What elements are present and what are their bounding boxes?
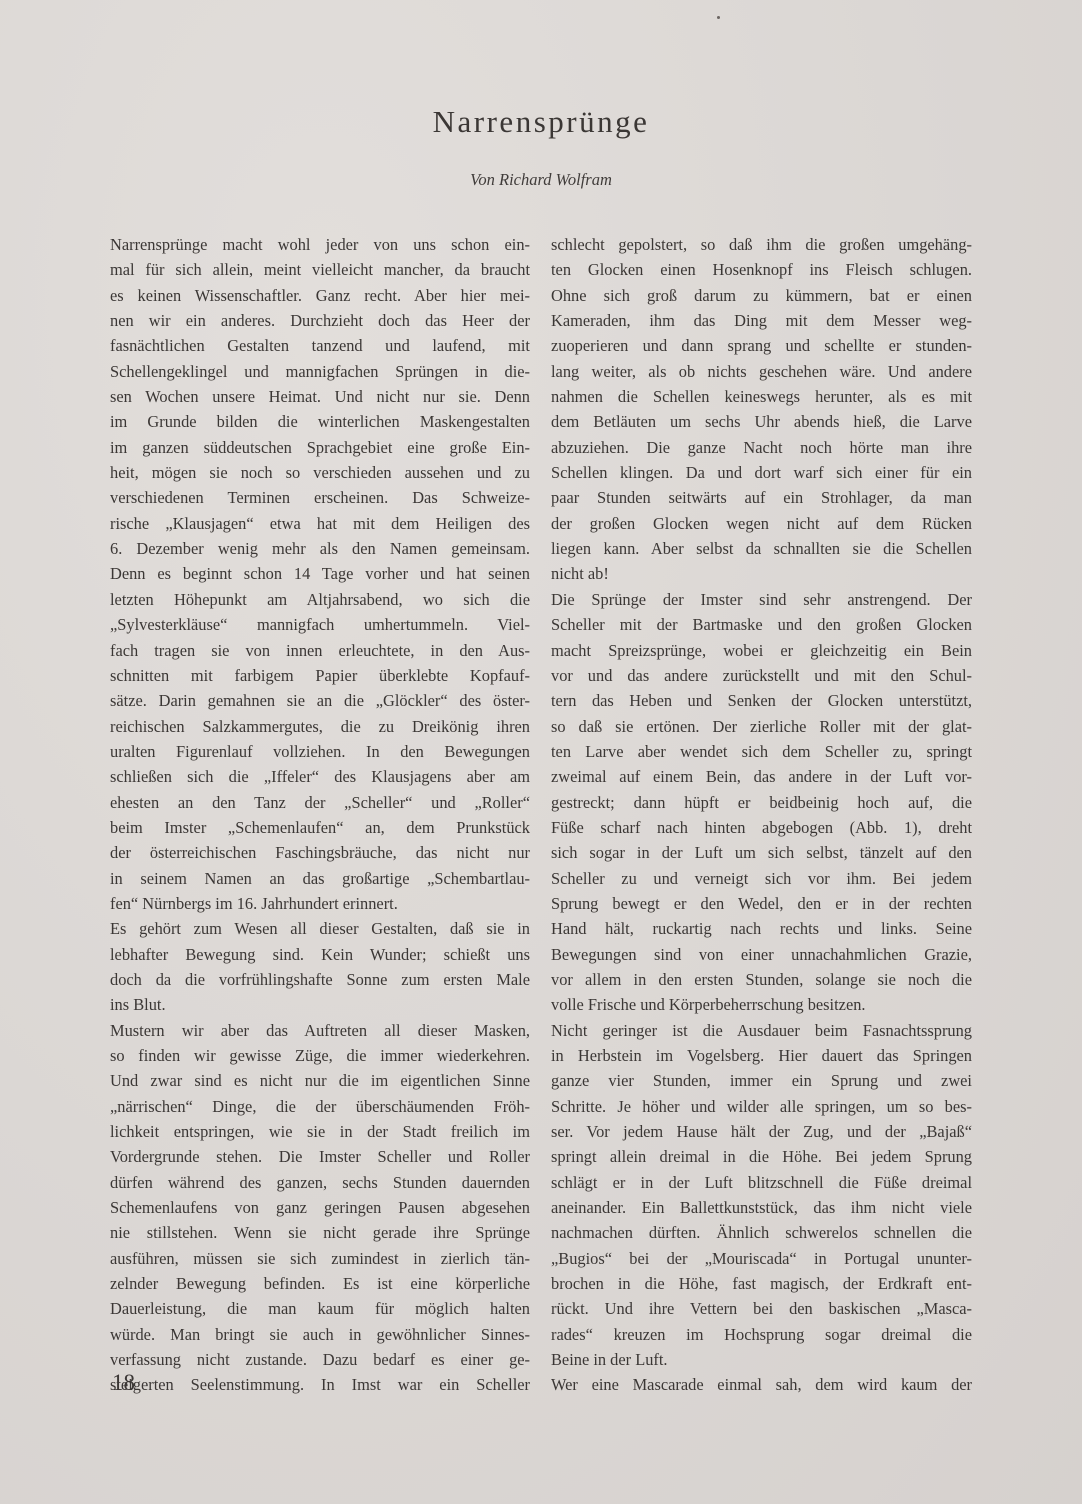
text-line: aneinander. Ein Ballettkunststück, das i… xyxy=(551,1195,972,1220)
article-title: Narrensprünge xyxy=(0,104,1082,140)
text-line: ganze vier Stunden, immer ein Sprung und… xyxy=(551,1068,972,1093)
text-line: Mustern wir aber das Auftreten all diese… xyxy=(110,1018,530,1043)
page-number: 18 xyxy=(112,1370,135,1396)
text-column-right: schlecht gepolstert, so daß ihm die groß… xyxy=(551,232,972,1398)
text-line: Denn es beginnt schon 14 Tage vorher und… xyxy=(110,561,530,586)
text-line: Ohne sich groß darum zu kümmern, bat er … xyxy=(551,283,972,308)
text-line: Dauerleistung, die man kaum für möglich … xyxy=(110,1296,530,1321)
text-line: Beine in der Luft. xyxy=(551,1347,972,1372)
text-line: vor allem in den ersten Stunden, solange… xyxy=(551,967,972,992)
text-line: letzten Höhepunkt am Altjahrsabend, wo s… xyxy=(110,587,530,612)
text-line: lang weiter, als ob nichts geschehen wär… xyxy=(551,359,972,384)
text-line: nicht ab! xyxy=(551,561,972,586)
text-line: vor und das andere zurückstellt und mit … xyxy=(551,663,972,688)
text-line: rische „Klausjagen“ etwa hat mit dem Hei… xyxy=(110,511,530,536)
text-line: würde. Man bringt sie auch in gewöhnlich… xyxy=(110,1322,530,1347)
text-line: doch da die vorfrühlingshafte Sonne zum … xyxy=(110,967,530,992)
text-line: schnitten mit farbigem Papier überklebte… xyxy=(110,663,530,688)
text-line: im ganzen süddeutschen Sprachgebiet eine… xyxy=(110,435,530,460)
text-line: paar Stunden seitwärts auf ein Strohlage… xyxy=(551,485,972,510)
text-line: in Herbstein im Vogelsberg. Hier dauert … xyxy=(551,1043,972,1068)
text-line: ten Larve aber wendet sich dem Scheller … xyxy=(551,739,972,764)
text-line: der großen Glocken wegen nicht auf dem R… xyxy=(551,511,972,536)
text-line: verschiedenen Terminen erscheinen. Das S… xyxy=(110,485,530,510)
text-line: rückt. Und ihre Vettern bei den baskisch… xyxy=(551,1296,972,1321)
text-line: zuoperieren und dann sprang und schellte… xyxy=(551,333,972,358)
text-line: Nicht geringer ist die Ausdauer beim Fas… xyxy=(551,1018,972,1043)
text-line: nahmen die Schellen keineswegs herunter,… xyxy=(551,384,972,409)
text-line: Schritte. Je höher und wilder alle sprin… xyxy=(551,1094,972,1119)
text-line: so daß sie ertönen. Der zierliche Roller… xyxy=(551,714,972,739)
text-line: Vordergrunde stehen. Die Imster Scheller… xyxy=(110,1144,530,1169)
text-line: ehesten an den Tanz der „Scheller“ und „… xyxy=(110,790,530,815)
text-line: „närrischen“ Dinge, die der überschäumen… xyxy=(110,1094,530,1119)
text-line: Bewegungen sind von einer unnachahmliche… xyxy=(551,942,972,967)
text-column-left: Narrensprünge macht wohl jeder von uns s… xyxy=(110,232,530,1398)
text-line: ser. Vor jedem Hause hält der Zug, und d… xyxy=(551,1119,972,1144)
text-line: zelnder Bewegung befinden. Es ist eine k… xyxy=(110,1271,530,1296)
text-line: beim Imster „Schemenlaufen“ an, dem Prun… xyxy=(110,815,530,840)
text-line: mal für sich allein, meint vielleicht ma… xyxy=(110,257,530,282)
text-line: Scheller zu und verneigt sich vor ihm. B… xyxy=(551,866,972,891)
text-line: zweimal auf einem Bein, das andere in de… xyxy=(551,764,972,789)
text-line: reichischen Salzkammergutes, die zu Drei… xyxy=(110,714,530,739)
document-page: Narrensprünge Von Richard Wolfram Narren… xyxy=(0,0,1082,1504)
text-line: volle Frische und Körperbeherrschung bes… xyxy=(551,992,972,1017)
text-line: nachmachen dürften. Ähnlich schwerelos s… xyxy=(551,1220,972,1245)
text-line: „Sylvesterkläuse“ mannigfach umhertummel… xyxy=(110,612,530,637)
text-line: im Grunde bilden die winterlichen Masken… xyxy=(110,409,530,434)
text-line: so finden wir gewisse Züge, die immer wi… xyxy=(110,1043,530,1068)
text-line: fach tragen sie von innen erleuchtete, i… xyxy=(110,638,530,663)
text-line: ausführen, müssen sie sich zumindest in … xyxy=(110,1246,530,1271)
text-line: Schellengeklingel und mannigfachen Sprün… xyxy=(110,359,530,384)
text-line: fasnächtlichen Gestalten tanzend und lau… xyxy=(110,333,530,358)
text-line: dürfen während des ganzen, sechs Stunden… xyxy=(110,1170,530,1195)
text-line: ins Blut. xyxy=(110,992,530,1017)
text-line: verfassung nicht zustande. Dazu bedarf e… xyxy=(110,1347,530,1372)
text-line: dem Betläuten um sechs Uhr abends hieß, … xyxy=(551,409,972,434)
article-byline: Von Richard Wolfram xyxy=(0,170,1082,190)
text-line: Wer eine Mascarade einmal sah, dem wird … xyxy=(551,1372,972,1397)
text-line: Scheller mit der Bartmaske und den große… xyxy=(551,612,972,637)
text-line: Hand hält, ruckartig nach rechts und lin… xyxy=(551,916,972,941)
paper-speck xyxy=(717,16,720,19)
text-line: lichkeit entspringen, wie sie in der Sta… xyxy=(110,1119,530,1144)
text-line: sätze. Darin gemahnen sie an die „Glöckl… xyxy=(110,688,530,713)
text-line: schlecht gepolstert, so daß ihm die groß… xyxy=(551,232,972,257)
text-line: Sprung bewegt er den Wedel, den er in de… xyxy=(551,891,972,916)
text-line: lebhafter Bewegung sind. Kein Wunder; sc… xyxy=(110,942,530,967)
text-line: gestreckt; dann hüpft er beidbeinig hoch… xyxy=(551,790,972,815)
text-line: nie stillstehen. Wenn sie nicht gerade i… xyxy=(110,1220,530,1245)
text-line: macht Spreizsprünge, wobei er gleichzeit… xyxy=(551,638,972,663)
text-line: Es gehört zum Wesen all dieser Gestalten… xyxy=(110,916,530,941)
text-line: brochen in die Höhe, fast magisch, der E… xyxy=(551,1271,972,1296)
text-line: der österreichischen Faschingsbräuche, d… xyxy=(110,840,530,865)
text-line: Schellen klingen. Da und dort warf sich … xyxy=(551,460,972,485)
text-line: schlägt er in der Luft blitzschnell die … xyxy=(551,1170,972,1195)
text-line: tern das Heben und Senken der Glocken un… xyxy=(551,688,972,713)
text-line: „Bugios“ bei der „Mouriscada“ in Portuga… xyxy=(551,1246,972,1271)
text-line: Und zwar sind es nicht nur die im eigent… xyxy=(110,1068,530,1093)
text-line: Kameraden, ihm das Ding mit dem Messer w… xyxy=(551,308,972,333)
text-line: heit, mögen sie noch so verschieden auss… xyxy=(110,460,530,485)
text-line: steigerten Seelenstimmung. In Imst war e… xyxy=(110,1372,530,1397)
text-line: Die Sprünge der Imster sind sehr anstren… xyxy=(551,587,972,612)
text-line: es keinen Wissenschaftler. Ganz recht. A… xyxy=(110,283,530,308)
text-line: Füße scharf nach hinten abgebogen (Abb. … xyxy=(551,815,972,840)
text-line: abzuziehen. Die ganze Nacht noch hörte m… xyxy=(551,435,972,460)
text-line: fen“ Nürnbergs im 16. Jahrhundert erinne… xyxy=(110,891,530,916)
text-line: 6. Dezember wenig mehr als den Namen gem… xyxy=(110,536,530,561)
text-line: springt allein dreimal in die Höhe. Bei … xyxy=(551,1144,972,1169)
text-line: liegen kann. Aber selbst da schnallten s… xyxy=(551,536,972,561)
text-line: rades“ kreuzen im Hochsprung sogar dreim… xyxy=(551,1322,972,1347)
text-line: Schemenlaufens von ganz geringen Pausen … xyxy=(110,1195,530,1220)
text-line: sich sogar in der Luft um sich selbst, t… xyxy=(551,840,972,865)
text-line: schließen sich die „Iffeler“ des Klausja… xyxy=(110,764,530,789)
text-line: uralten Figurenlauf vollziehen. In den B… xyxy=(110,739,530,764)
text-line: in seinem Namen an das großartige „Schem… xyxy=(110,866,530,891)
text-line: Narrensprünge macht wohl jeder von uns s… xyxy=(110,232,530,257)
text-line: nen wir ein anderes. Durchzieht doch das… xyxy=(110,308,530,333)
text-line: ten Glocken einen Hosenknopf ins Fleisch… xyxy=(551,257,972,282)
text-line: sen Wochen unsere Heimat. Und nicht nur … xyxy=(110,384,530,409)
